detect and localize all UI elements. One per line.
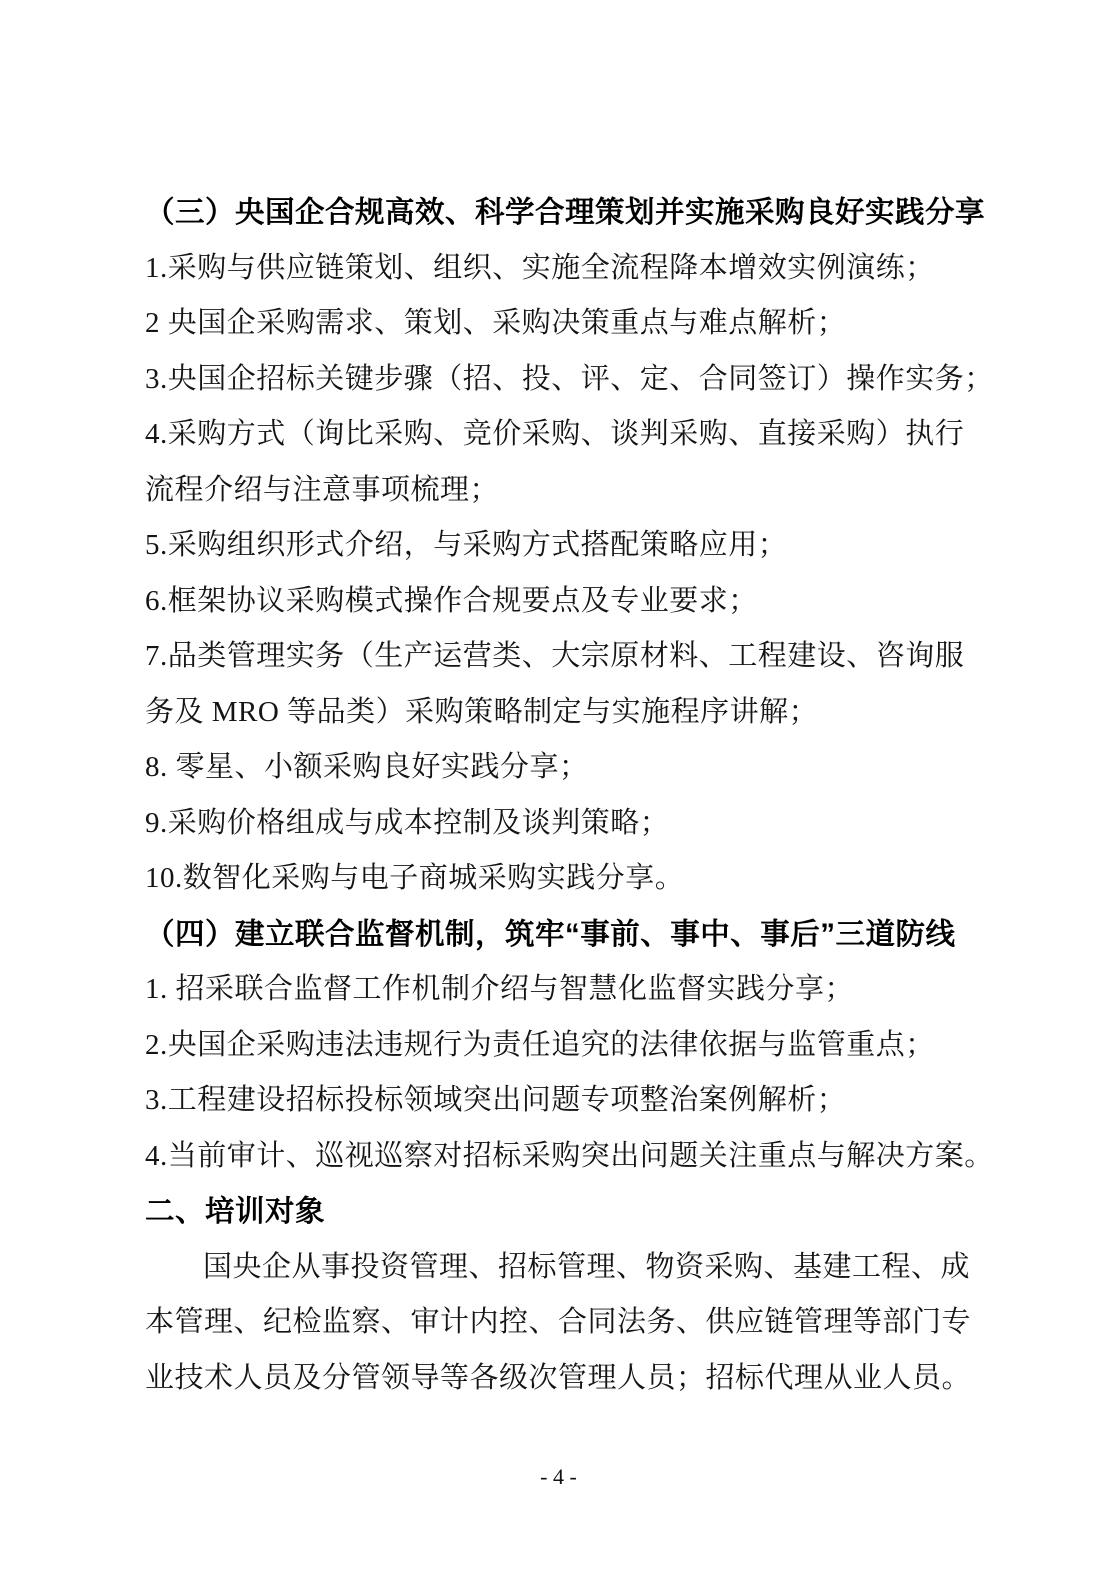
list-item-2: 2 央国企采购需求、策划、采购决策重点与难点解析； <box>145 296 990 352</box>
paragraph-line-2: 本管理、纪检监察、审计内控、合同法务、供应链管理等部门专 <box>145 1295 990 1351</box>
list-item-3: 3.央国企招标关键步骤（招、投、评、定、合同签订）操作实务； <box>145 352 990 408</box>
section-heading-4: （四）建立联合监督机制，筑牢“事前、事中、事后”三道防线 <box>145 907 990 963</box>
list2-item-4: 4.当前审计、巡视巡察对招标采购突出问题关注重点与解决方案。 <box>145 1129 990 1185</box>
section-heading-3: （三）央国企合规高效、科学合理策划并实施采购良好实践分享 <box>145 185 990 241</box>
page-number: - 4 - <box>0 1462 1117 1492</box>
list2-item-2: 2.央国企采购违法违规行为责任追究的法律依据与监管重点； <box>145 1018 990 1074</box>
document-page: （三）央国企合规高效、科学合理策划并实施采购良好实践分享 1.采购与供应链策划、… <box>0 0 1117 1579</box>
list-item-8: 8. 零星、小额采购良好实践分享； <box>145 740 990 796</box>
list-item-5: 5.采购组织形式介绍，与采购方式搭配策略应用； <box>145 518 990 574</box>
document-body: （三）央国企合规高效、科学合理策划并实施采购良好实践分享 1.采购与供应链策划、… <box>145 185 990 1406</box>
list-item-4-cont: 流程介绍与注意事项梳理； <box>145 463 990 519</box>
section-heading-audience: 二、培训对象 <box>145 1184 990 1240</box>
list-item-4: 4.采购方式（询比采购、竞价采购、谈判采购、直接采购）执行 <box>145 407 990 463</box>
list-item-6: 6.框架协议采购模式操作合规要点及专业要求； <box>145 574 990 630</box>
list2-item-3: 3.工程建设招标投标领域突出问题专项整治案例解析； <box>145 1073 990 1129</box>
list-item-7: 7.品类管理实务（生产运营类、大宗原材料、工程建设、咨询服 <box>145 629 990 685</box>
list-item-10: 10.数智化采购与电子商城采购实践分享。 <box>145 851 990 907</box>
list-item-7-cont: 务及 MRO 等品类）采购策略制定与实施程序讲解； <box>145 685 990 741</box>
list-item-9: 9.采购价格组成与成本控制及谈判策略； <box>145 796 990 852</box>
paragraph-line-1: 国央企从事投资管理、招标管理、物资采购、基建工程、成 <box>145 1240 990 1296</box>
paragraph-line-3: 业技术人员及分管领导等各级次管理人员；招标代理从业人员。 <box>145 1351 990 1407</box>
list2-item-1: 1. 招采联合监督工作机制介绍与智慧化监督实践分享； <box>145 962 990 1018</box>
list-item-1: 1.采购与供应链策划、组织、实施全流程降本增效实例演练； <box>145 241 990 297</box>
